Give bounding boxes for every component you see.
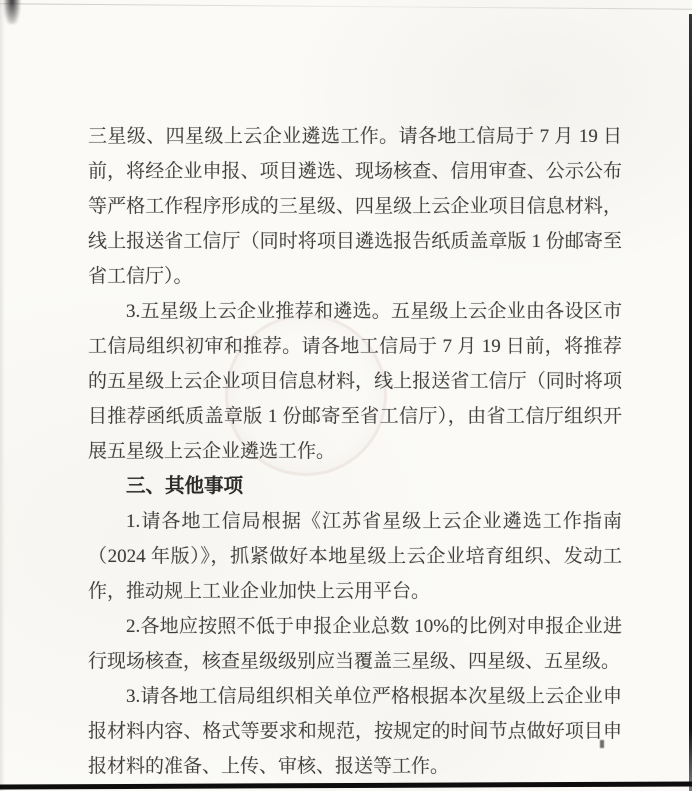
text-line: 报材料的准备、上传、审核、报送等工作。 bbox=[88, 749, 622, 784]
text-line: 3.请各地工信局组织相关单位严格根据本次星级上云企业申 bbox=[88, 679, 622, 714]
scan-speck-artifact bbox=[600, 740, 604, 748]
text-line: 线上报送省工信厅（同时将项目遴选报告纸质盖章版 1 份邮寄至 bbox=[88, 224, 622, 259]
text-line: 省工信厅）。 bbox=[88, 259, 622, 294]
section-heading: 三、其他事项 bbox=[88, 469, 622, 504]
text-line: 的五星级上云企业项目信息材料，线上报送省工信厅（同时将项 bbox=[88, 364, 622, 399]
text-line: 展五星级上云企业遴选工作。 bbox=[88, 434, 622, 469]
scan-top-edge-line bbox=[0, 3, 692, 10]
text-line: 等严格工作程序形成的三星级、四星级上云企业项目信息材料， bbox=[88, 189, 622, 224]
scan-smudge-mark bbox=[4, 0, 20, 24]
scan-left-edge-shading bbox=[0, 0, 5, 791]
text-line: 报材料内容、格式等要求和规范，按规定的时间节点做好项目申 bbox=[88, 714, 622, 749]
scanned-document-page: 三星级、四星级上云企业遴选工作。请各地工信局于 7 月 19 日前，将经企业申报… bbox=[0, 0, 692, 791]
document-text-block: 三星级、四星级上云企业遴选工作。请各地工信局于 7 月 19 日前，将经企业申报… bbox=[88, 119, 622, 784]
text-line: 工信局组织初审和推荐。请各地工信局于 7 月 19 日前，将推荐 bbox=[88, 329, 622, 364]
text-line: 1.请各地工信局根据《江苏省星级上云企业遴选工作指南 bbox=[88, 504, 622, 539]
text-line: 目推荐函纸质盖章版 1 份邮寄至省工信厅），由省工信厅组织开 bbox=[88, 399, 622, 434]
text-line: 3.五星级上云企业推荐和遴选。五星级上云企业由各设区市 bbox=[88, 294, 622, 329]
text-line: 前，将经企业申报、项目遴选、现场核查、信用审查、公示公布 bbox=[88, 154, 622, 189]
text-line: （2024 年版）》，抓紧做好本地星级上云企业培育组织、发动工 bbox=[88, 539, 622, 574]
text-line: 2.各地应按照不低于申报企业总数 10%的比例对申报企业进 bbox=[88, 609, 622, 644]
text-line: 三星级、四星级上云企业遴选工作。请各地工信局于 7 月 19 日 bbox=[88, 119, 622, 154]
text-line: 行现场核查，核查星级级别应当覆盖三星级、四星级、五星级。 bbox=[88, 644, 622, 679]
text-line: 作，推动规上工业企业加快上云用平台。 bbox=[88, 574, 622, 609]
